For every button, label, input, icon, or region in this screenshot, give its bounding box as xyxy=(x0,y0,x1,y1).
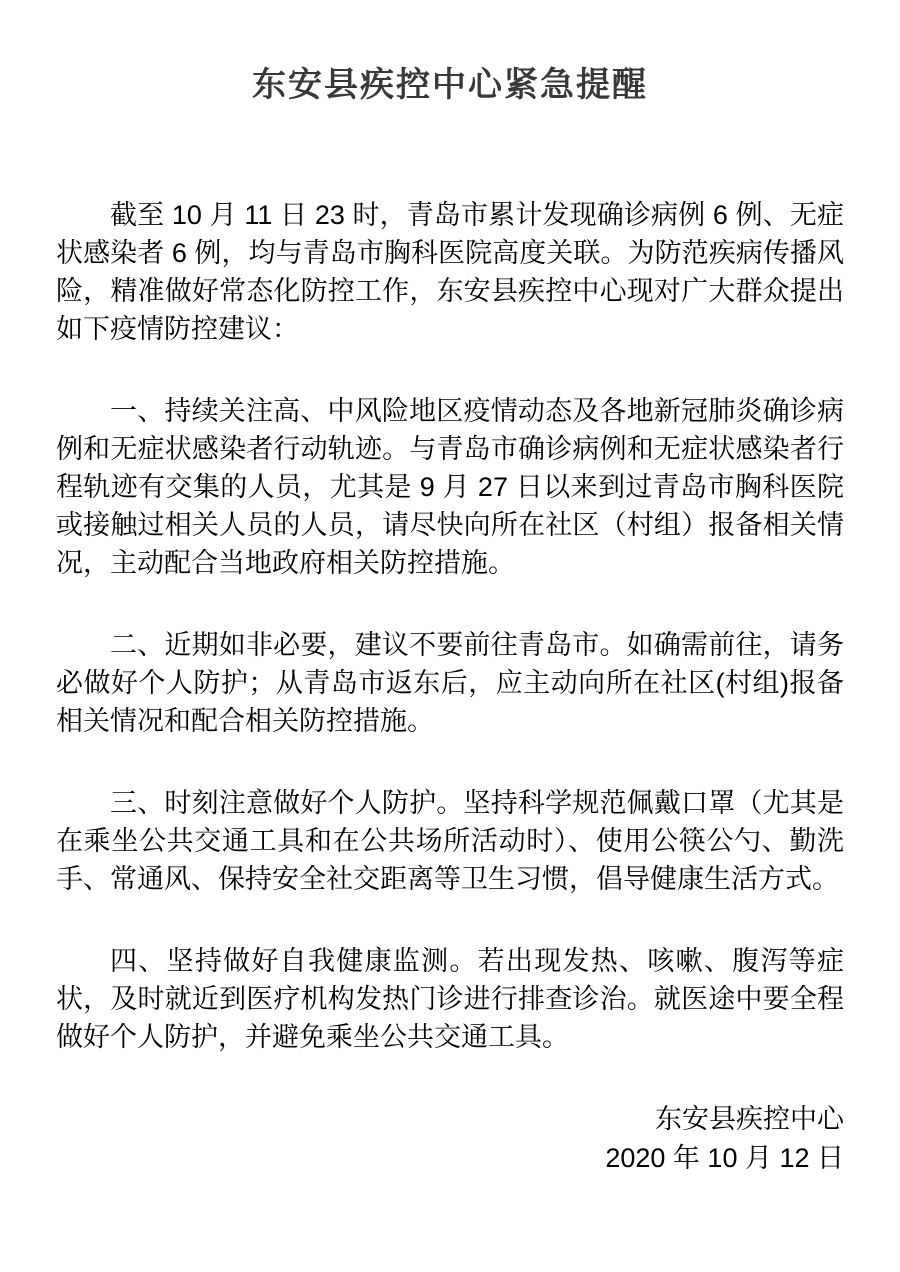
signature-date: 2020 年 10 月 12 日 xyxy=(56,1139,844,1178)
document-page: 东安县疾控中心紧急提醒 截至 10 月 11 日 23 时，青岛市累计发现确诊病… xyxy=(0,0,900,1272)
paragraph-item-3: 三、时刻注意做好个人防护。坚持科学规范佩戴口罩（尤其是在乘坐公共交通工具和在公共… xyxy=(56,784,844,898)
paragraph-item-1: 一、持续关注高、中风险地区疫情动态及各地新冠肺炎确诊病例和无症状感染者行动轨迹。… xyxy=(56,392,844,582)
paragraph-intro: 截至 10 月 11 日 23 时，青岛市累计发现确诊病例 6 例、无症状感染者… xyxy=(56,196,844,348)
paragraph-item-4: 四、坚持做好自我健康监测。若出现发热、咳嗽、腹泻等症状，及时就近到医疗机构发热门… xyxy=(56,942,844,1056)
paragraph-item-2: 二、近期如非必要，建议不要前往青岛市。如确需前往，请务必做好个人防护；从青岛市返… xyxy=(56,626,844,740)
signature-org: 东安县疾控中心 xyxy=(56,1100,844,1139)
document-body: 截至 10 月 11 日 23 时，青岛市累计发现确诊病例 6 例、无症状感染者… xyxy=(56,196,844,1178)
document-title: 东安县疾控中心紧急提醒 xyxy=(56,0,844,108)
signature-block: 东安县疾控中心 2020 年 10 月 12 日 xyxy=(56,1100,844,1178)
